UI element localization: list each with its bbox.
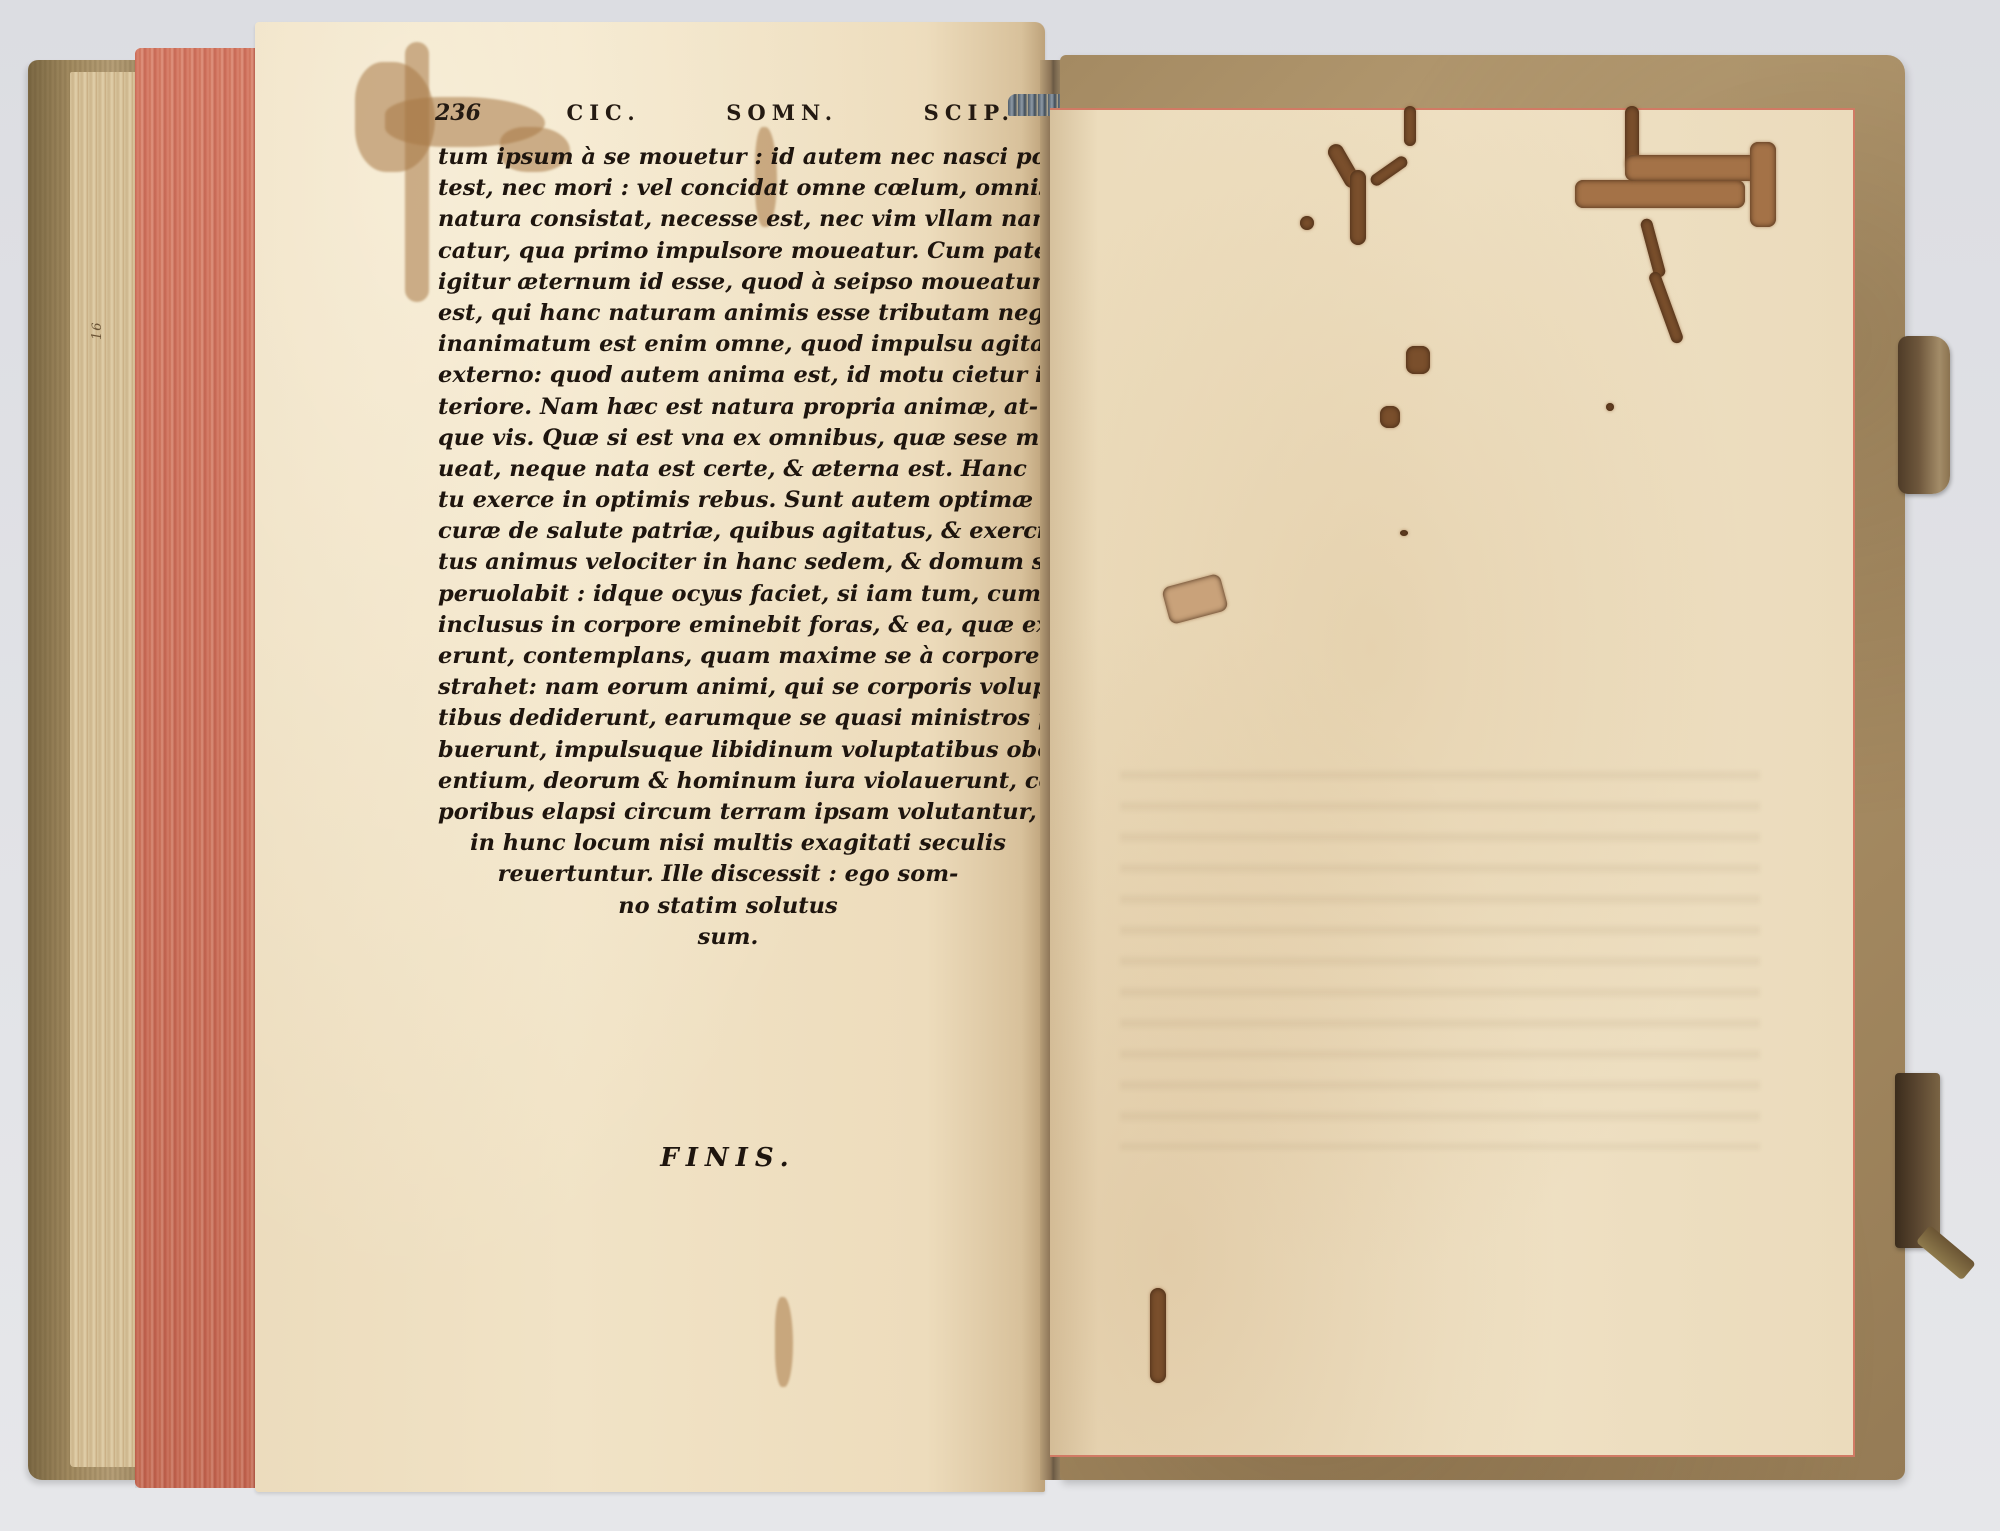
clasp-catch-top	[1898, 336, 1950, 494]
page-stack-plain	[70, 72, 140, 1467]
water-stain	[405, 42, 429, 302]
text-line: erunt, contemplans, quam maxime se à cor…	[438, 641, 1018, 672]
wormhole	[1300, 216, 1314, 230]
water-stain	[775, 1297, 793, 1387]
text-line: inclusus in corpore eminebit foras, & ea…	[438, 610, 1018, 641]
page-number: 236	[435, 100, 481, 126]
wormhole	[1404, 106, 1416, 146]
text-line: curæ de salute patriæ, quibus agitatus, …	[438, 516, 1018, 547]
text-line: que vis. Quæ si est vna ex omnibus, quæ …	[438, 423, 1018, 454]
book-photo: 16 236 CIC. SOMN. SCIP. tum ipsum à se m…	[0, 0, 2000, 1531]
fore-edge-notation: 16	[90, 321, 105, 340]
clasp-strap-bottom	[1895, 1073, 1940, 1248]
text-line: ueat, neque nata est certe, & æterna est…	[438, 454, 1018, 485]
wormhole	[1150, 1288, 1166, 1383]
show-through-text	[1120, 750, 1760, 1150]
wormhole	[1350, 170, 1366, 245]
text-line: est, qui hanc naturam animis esse tribut…	[438, 298, 1018, 329]
wormhole	[1368, 154, 1409, 188]
text-line: no statim solutus	[438, 891, 1018, 922]
wormhole	[1606, 403, 1614, 411]
text-line: inanimatum est enim omne, quod impulsu a…	[438, 329, 1018, 360]
text-line: reuertuntur. Ille discessit : ego som-	[438, 859, 1018, 890]
text-line: entium, deorum & hominum iura violauerun…	[438, 766, 1018, 797]
wormhole	[1406, 346, 1430, 374]
text-line: tu exerce in optimis rebus. Sunt autem o…	[438, 485, 1018, 516]
body-text: tum ipsum à se mouetur : id autem nec na…	[438, 142, 1018, 953]
wormhole	[1400, 530, 1408, 536]
text-line: in hunc locum nisi multis exagitati secu…	[438, 828, 1018, 859]
wormhole	[1648, 270, 1685, 345]
text-line: externo: quod autem anima est, id motu c…	[438, 360, 1018, 391]
wormhole	[1750, 142, 1776, 227]
running-head: 236 CIC. SOMN. SCIP.	[435, 100, 1015, 126]
wormhole	[1625, 155, 1765, 181]
wormhole	[1575, 180, 1745, 208]
running-head-part: SOMN.	[726, 100, 838, 125]
text-line: tibus dediderunt, earumque se quasi mini…	[438, 703, 1018, 734]
text-line: buerunt, impulsuque libidinum voluptatib…	[438, 735, 1018, 766]
running-head-part: SCIP.	[924, 100, 1015, 125]
wormhole	[1161, 573, 1229, 625]
text-line: test, nec mori : vel concidat omne cœlum…	[438, 173, 1018, 204]
text-line: tum ipsum à se mouetur : id autem nec na…	[438, 142, 1018, 173]
finis-colophon: FINIS.	[438, 1143, 1018, 1174]
text-line: teriore. Nam hæc est natura propria anim…	[438, 392, 1018, 423]
text-line: igitur æternum id esse, quod à seipso mo…	[438, 267, 1018, 298]
right-page-endleaf	[1050, 108, 1855, 1457]
text-line: strahet: nam eorum animi, qui se corpori…	[438, 672, 1018, 703]
text-line: peruolabit : idque ocyus faciet, si iam …	[438, 579, 1018, 610]
text-line: poribus elapsi circum terram ipsam volut…	[438, 797, 1018, 828]
left-page: 236 CIC. SOMN. SCIP. tum ipsum à se moue…	[255, 22, 1045, 1492]
text-line: tus animus velociter in hanc sedem, & do…	[438, 547, 1018, 578]
text-line: sum.	[438, 922, 1018, 953]
text-line: catur, qua primo impulsore moueatur. Cum…	[438, 236, 1018, 267]
clasp-hook	[1916, 1225, 1976, 1280]
page-stack-red-edge	[135, 48, 255, 1488]
running-head-part: CIC.	[566, 100, 640, 125]
text-line: natura consistat, necesse est, nec vim v…	[438, 204, 1018, 235]
wormhole	[1639, 217, 1666, 278]
wormhole	[1380, 406, 1400, 428]
